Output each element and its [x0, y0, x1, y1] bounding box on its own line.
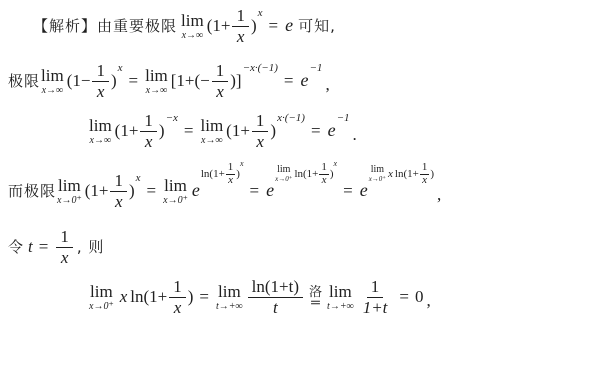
equals-sign: = — [184, 121, 194, 141]
limit-operator: lim x→∞ — [41, 67, 64, 96]
e-exponent: −1 — [337, 112, 350, 125]
ln-open: ln(1+ — [201, 169, 225, 180]
lim-word: lim — [89, 117, 112, 134]
open-bracket: [1+(− — [171, 71, 210, 91]
line1-suffix: 可知, — [298, 17, 336, 35]
open-paren: (1+ — [115, 121, 139, 141]
fraction-denominator: t — [269, 298, 282, 318]
open-paren: (1+ — [207, 16, 231, 36]
fraction: 1 x — [232, 6, 249, 46]
equals-sign: = — [129, 71, 139, 91]
fraction-numerator: 1 — [420, 162, 430, 175]
lim-subscript: x→0⁺ — [57, 196, 82, 206]
close-paren: ) — [159, 121, 165, 141]
solution-line-2: 极限 lim x→∞ (1− 1 x ) x = lim x→∞ [1+(− 1… — [8, 61, 330, 101]
lim-word: lim — [58, 177, 81, 194]
fraction-denominator: x — [252, 132, 268, 152]
lim-subscript: t→+∞ — [216, 302, 243, 312]
lim-subscript: x→∞ — [146, 86, 168, 96]
comma: , — [437, 185, 441, 205]
fraction-denominator: x — [57, 248, 73, 268]
limit-operator: lim x→∞ — [89, 117, 112, 146]
exponent: −x — [166, 112, 178, 125]
fraction-numerator: 1 — [252, 111, 269, 132]
fraction: 1 x — [56, 227, 73, 267]
open-paren: (1+ — [85, 181, 109, 201]
solution-line-6: lim x→0⁺ x ln(1+ 1 x ) = lim t→+∞ ln(1+t… — [88, 277, 431, 317]
lim-subscript: x→∞ — [201, 136, 223, 146]
fraction-denominator: x — [226, 175, 235, 187]
equals-sign: = — [250, 181, 260, 201]
fraction-denominator: x — [93, 82, 109, 102]
ln-open: ln(1+ — [294, 169, 318, 180]
analysis-header: 【解析】由重要极限 — [33, 17, 177, 35]
limit-operator: lim x→0⁺ — [275, 165, 292, 183]
lim-subscript: x→∞ — [90, 136, 112, 146]
fraction-numerator: 1 — [140, 111, 157, 132]
lim-word: lim — [201, 117, 224, 134]
lim-subscript: x→0⁺ — [369, 176, 386, 183]
lim-subscript: x→∞ — [42, 86, 64, 96]
limit-operator: lim x→0⁺ — [57, 177, 82, 206]
lim-word: lim — [181, 12, 204, 29]
equals-sign: = — [199, 287, 209, 307]
limit-operator: lim x→∞ — [145, 67, 168, 96]
fraction: 1 x — [169, 277, 186, 317]
euler-e: e — [328, 120, 336, 142]
equals-sign: = — [399, 287, 409, 307]
lim-subscript: x→0⁺ — [163, 196, 188, 206]
fraction: 1 x — [226, 162, 236, 186]
fraction-denominator: x — [420, 175, 429, 187]
exponent-expression: ln(1+ 1 x ) x — [201, 162, 244, 186]
lim-word: lim — [218, 283, 241, 300]
fraction: 1 x — [140, 111, 157, 151]
exponent: x·(−1) — [277, 112, 305, 125]
equals-sign: = — [147, 181, 157, 201]
exponent: x — [240, 160, 244, 168]
fraction-numerator: 1 — [226, 162, 236, 175]
lim-word: lim — [145, 67, 168, 84]
euler-e: e — [301, 70, 309, 92]
then-label: , 则 — [77, 238, 105, 256]
fraction: 1 1+t — [359, 277, 392, 317]
limit-operator: lim x→∞ — [181, 12, 204, 41]
euler-e: e — [360, 180, 368, 202]
close-paren: ) — [236, 169, 240, 180]
fraction-numerator: 1 — [232, 6, 249, 27]
lim-word: lim — [164, 177, 187, 194]
fraction-numerator: 1 — [110, 171, 127, 192]
limit-operator: lim x→0⁺ — [163, 177, 188, 206]
fraction-denominator: x — [111, 192, 127, 212]
exponent: x — [334, 160, 338, 168]
fraction: 1 x — [252, 111, 269, 151]
fraction: ln(1+t) t — [248, 277, 303, 317]
exponent: x — [258, 7, 263, 20]
close-paren: ) — [251, 16, 257, 36]
comma: , — [325, 75, 329, 95]
comma: , — [427, 291, 431, 311]
fraction-denominator: x — [141, 132, 157, 152]
fraction-denominator: x — [212, 82, 228, 102]
exponent: −x·(−1) — [243, 62, 278, 75]
open-paren: (1− — [67, 71, 91, 91]
fraction-numerator: 1 — [56, 227, 73, 248]
close-paren: ) — [111, 71, 117, 91]
fraction-numerator: 1 — [367, 277, 384, 298]
ln-open: ln(1+ — [130, 287, 167, 307]
euler-e: e — [285, 15, 293, 37]
fraction-numerator: 1 — [169, 277, 186, 298]
fraction-denominator: x — [233, 27, 249, 47]
close-paren: ) — [188, 287, 194, 307]
fraction-denominator: x — [170, 298, 186, 318]
lim-word: lim — [371, 165, 384, 175]
fraction: 1 x — [92, 61, 109, 101]
euler-e: e — [192, 180, 200, 202]
equals-sign: = — [269, 16, 279, 36]
limit-operator: lim x→0⁺ — [89, 283, 114, 312]
limit-operator: lim t→+∞ — [327, 283, 354, 312]
lim-word: lim — [277, 165, 290, 175]
fraction-denominator: 1+t — [359, 298, 392, 318]
zero-result: 0 — [415, 287, 424, 307]
open-paren: (1+ — [226, 121, 250, 141]
line2-label: 极限 — [8, 72, 40, 90]
exponent-expression: lim x→0⁺ x ln(1+ 1 x ) — [369, 162, 434, 186]
close-paren: ) — [430, 169, 434, 180]
lhopital-equal-sign: ＝ — [310, 297, 322, 309]
lim-word: lim — [90, 283, 113, 300]
fraction: 1 x — [420, 162, 430, 186]
period: . — [353, 125, 357, 145]
limit-operator: lim t→+∞ — [216, 283, 243, 312]
solution-line-4: 而极限 lim x→0⁺ (1+ 1 x ) x = lim x→0⁺ e ln… — [8, 171, 441, 211]
close-paren: ) — [129, 181, 135, 201]
lim-subscript: t→+∞ — [327, 302, 354, 312]
variable-t: t — [28, 237, 33, 257]
lim-word: lim — [41, 67, 64, 84]
variable-x: x — [120, 287, 128, 307]
limit-operator: lim x→∞ — [201, 117, 224, 146]
lim-word: lim — [329, 283, 352, 300]
euler-e: e — [266, 180, 274, 202]
fraction-numerator: 1 — [319, 162, 329, 175]
solution-line-3: lim x→∞ (1+ 1 x ) −x = lim x→∞ (1+ 1 x )… — [88, 111, 357, 151]
lim-subscript: x→0⁺ — [275, 176, 292, 183]
close-paren: ) — [270, 121, 276, 141]
equals-sign: = — [311, 121, 321, 141]
fraction-numerator: 1 — [92, 61, 109, 82]
math-solution-page: 【解析】由重要极限 lim x→∞ (1+ 1 x ) x = e 可知, 极限… — [0, 0, 600, 383]
fraction-denominator: x — [320, 175, 329, 187]
close-paren: ) — [330, 169, 334, 180]
equals-sign: = — [39, 237, 49, 257]
fraction: 1 x — [110, 171, 127, 211]
fraction: 1 x — [319, 162, 329, 186]
solution-line-5: 令 t = 1 x , 则 — [8, 227, 104, 267]
lhopital-equals: 洛 ＝ — [309, 286, 322, 309]
ln-open: ln(1+ — [395, 169, 419, 180]
exponent: x — [136, 172, 141, 185]
line4-label: 而极限 — [8, 182, 56, 200]
fraction-numerator: 1 — [212, 61, 229, 82]
equals-sign: = — [284, 71, 294, 91]
fraction-numerator: ln(1+t) — [248, 277, 303, 298]
e-exponent: −1 — [310, 62, 323, 75]
solution-line-1: 【解析】由重要极限 lim x→∞ (1+ 1 x ) x = e 可知, — [33, 6, 336, 46]
let-label: 令 — [8, 238, 24, 256]
exponent: x — [118, 62, 123, 75]
close-bracket: )] — [230, 71, 241, 91]
equals-sign: = — [343, 181, 353, 201]
limit-operator: lim x→0⁺ — [369, 165, 386, 183]
lim-subscript: x→0⁺ — [89, 302, 114, 312]
variable-x: x — [388, 169, 393, 180]
fraction: 1 x — [212, 61, 229, 101]
exponent-expression: lim x→0⁺ ln(1+ 1 x ) x — [275, 162, 337, 186]
lim-subscript: x→∞ — [182, 31, 204, 41]
